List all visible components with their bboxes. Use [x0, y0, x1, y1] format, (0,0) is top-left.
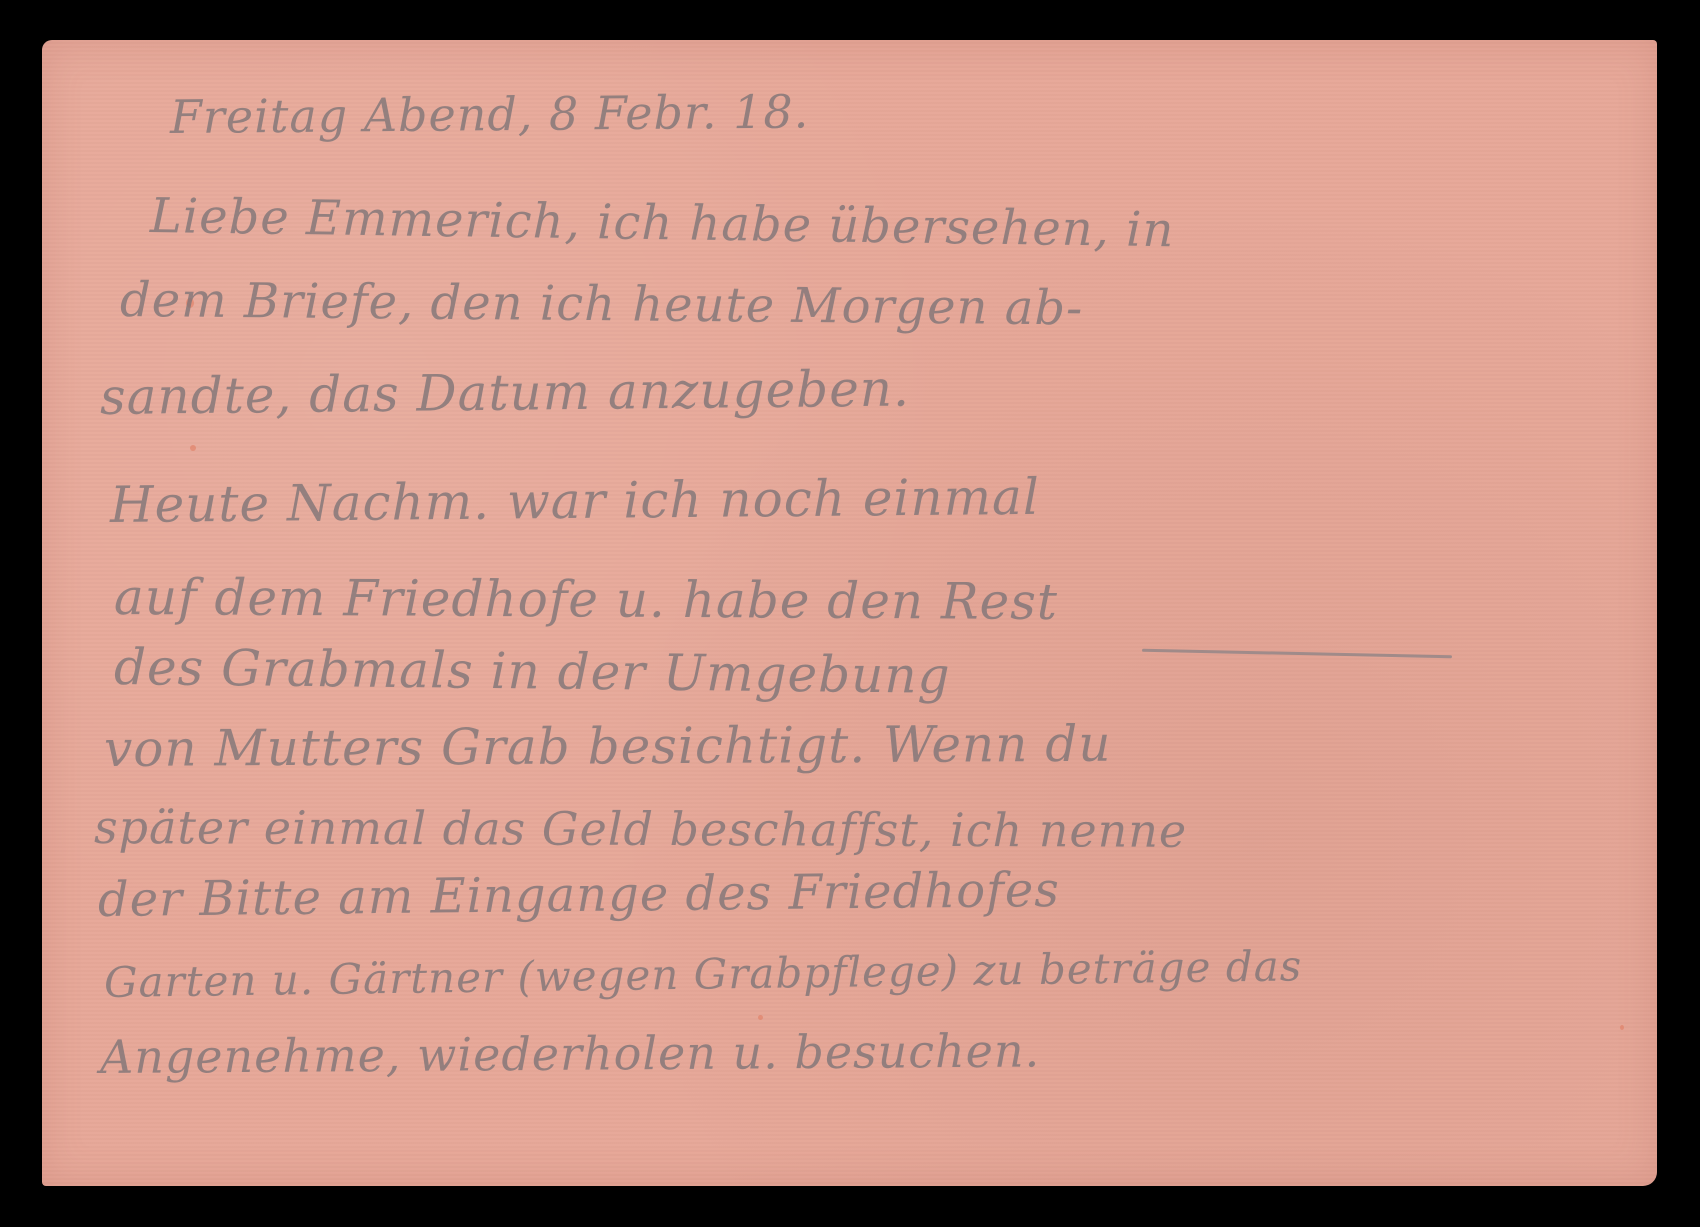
- text-line: auf dem Friedhofe u. habe den Rest: [114, 568, 1058, 631]
- underline-mark: [1142, 649, 1452, 658]
- text-line: später einmal das Geld beschaffst, ich n…: [94, 800, 1187, 858]
- date-line: Freitag Abend, 8 Febr. 18.: [170, 84, 810, 144]
- ink-stain: [190, 445, 196, 451]
- ink-stain: [1620, 1025, 1624, 1030]
- text-line: des Grabmals in der Umgebung: [114, 638, 951, 705]
- ink-stain: [758, 1015, 763, 1020]
- text-line: dem Briefe, den ich heute Morgen ab-: [120, 272, 1084, 336]
- text-line: Liebe Emmerich, ich habe übersehen, in: [150, 188, 1175, 258]
- text-line: Angenehme, wiederholen u. besuchen.: [100, 1023, 1041, 1084]
- text-line: von Mutters Grab besichtigt. Wenn du: [104, 715, 1112, 778]
- text-line: sandte, das Datum anzugeben.: [100, 360, 910, 426]
- text-line: Garten u. Gärtner (wegen Grabpflege) zu …: [104, 941, 1303, 1007]
- postcard: Freitag Abend, 8 Febr. 18. Liebe Emmeric…: [42, 40, 1657, 1186]
- text-line: der Bitte am Eingange des Friedhofes: [98, 862, 1060, 928]
- text-line: Heute Nachm. war ich noch einmal: [110, 468, 1040, 534]
